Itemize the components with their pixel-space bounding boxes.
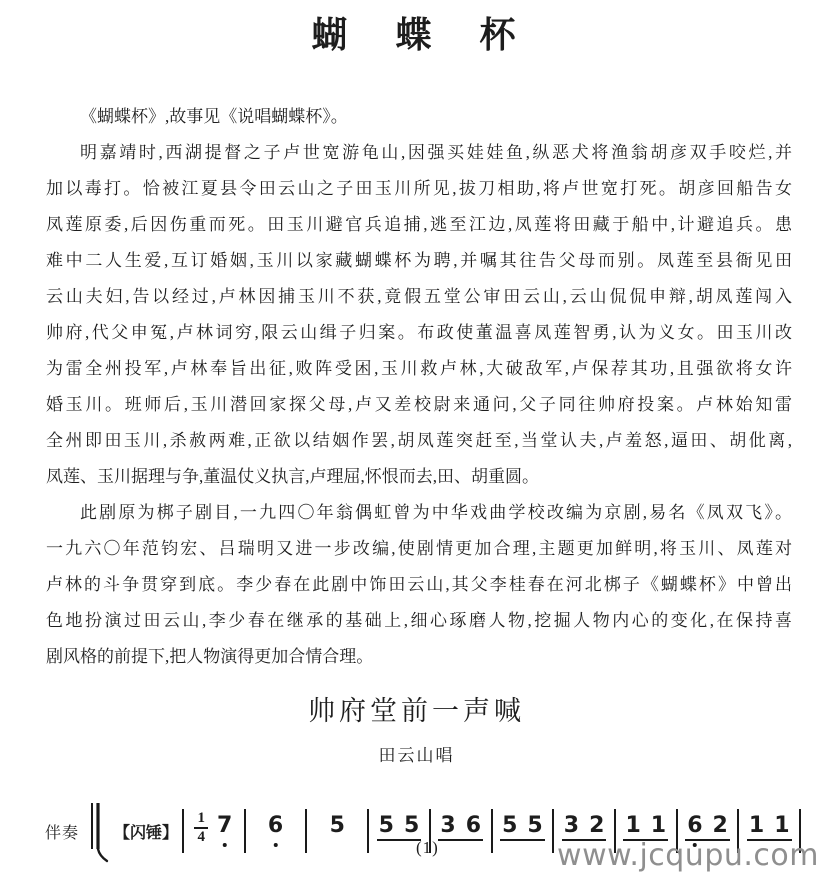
note: 3 [440,815,455,837]
note-group: 6 [267,815,284,841]
barline [182,809,184,853]
barline [491,809,493,853]
note: 6 [687,815,702,837]
time-signature: 14 [194,810,208,847]
note: 5 [527,815,542,837]
singer-label: 田云山唱 [0,741,833,766]
intro-line: 明嘉靖时,西湖提督之子卢世宽游龟山,因强买娃娃鱼,纵恶犬将渔翁胡彦双手咬烂,并 [46,135,792,171]
intro-line: 卢林的斗争贯穿到底。李少春在此剧中饰田云山,其父李桂春在河北梆子《蝴蝶杯》中曾出 [46,567,792,603]
watermark: www.jcqupu.com [557,838,819,873]
note-group: 36 [439,815,482,841]
intro-line: 《蝴蝶杯》,故事见《说唱蝴蝶杯》。 [46,99,792,135]
intro-line: 为雷全州投军,卢林奉旨出征,败阵受困,玉川救卢林,大破敌军,卢保荐其功,且强欲将… [46,351,792,387]
measure: 147 [186,810,242,853]
barline [367,809,369,853]
intro-line: 帅府,代父申冤,卢林词穷,限云山缉子归案。布政使董温喜凤莲智勇,认为义女。田玉川… [46,315,792,351]
measure: 6 [248,815,304,847]
note: 3 [564,815,579,837]
note: 2 [713,815,728,837]
note-group: 7 [216,815,233,841]
intro-line: 婚玉川。班师后,玉川潜回家探父母,卢又差校尉来通问,父子同往帅府投案。卢林始知雷 [46,387,792,423]
intro-line: 色地扮演过田云山,李少春在继承的基础上,细心琢磨人物,挖掘人物内心的变化,在保持… [46,603,792,639]
document-page: 蝴 蝶 杯 《蝴蝶杯》,故事见《说唱蝴蝶杯》。明嘉靖时,西湖提督之子卢世宽游龟山… [0,0,833,873]
note: 5 [379,815,394,837]
measure: 55 [495,815,551,847]
page-number: (1) [416,838,439,858]
note-group: 5 [329,815,346,841]
note: 1 [774,815,789,837]
page-title: 蝴 蝶 杯 [0,0,833,57]
intro-line: 云山夫妇,告以经过,卢林因捕玉川不获,竟假五堂公审田云山,云山侃侃申辩,胡凤莲闯… [46,279,792,315]
intro-line: 剧风格的前提下,把人物演得更加合情合理。 [46,639,792,675]
barline [244,809,246,853]
note: 5 [502,815,517,837]
intro-line: 凤莲、玉川据理与争,董温仗义执言,卢理屈,怀恨而去,田、胡重圆。 [46,459,792,495]
note: 6 [268,815,283,837]
part-label: 伴奏 [45,820,79,843]
note-group: 55 [378,815,421,841]
song-title: 帅府堂前一声喊 [0,689,833,728]
barline [552,809,554,853]
intro-line: 一九六〇年范钧宏、吕瑞明又进一步改编,使剧情更加合理,主题更加鲜明,将玉川、凤莲… [46,531,792,567]
intro-line: 此剧原为梆子剧目,一九四〇年翁偶虹曾为中华戏曲学校改编为京剧,易名《凤双飞》。 [46,495,792,531]
intro-line: 难中二人生爱,互订婚姻,玉川以家藏蝴蝶杯为聘,并嘱其往告父母而别。凤莲至县衙见田 [46,243,792,279]
note: 1 [651,815,666,837]
note: 2 [589,815,604,837]
note: 7 [217,815,232,837]
note: 6 [466,815,481,837]
measure: 36 [433,815,489,847]
barline [305,809,307,853]
intro-line: 加以毒打。恰被江夏县令田云山之子田玉川所见,拔刀相助,将卢世宽打死。胡彦回船告女 [46,171,792,207]
note: 5 [330,815,345,837]
system-bracket-icon [88,800,109,862]
intro-line: 全州即田玉川,杀赦两难,正欲以结姻作罢,胡凤莲突赶至,当堂认夫,卢羞怒,逼田、胡… [46,423,792,459]
note: 1 [749,815,764,837]
pattern-label: 【闪锤】 [114,820,178,843]
note-group: 55 [501,815,544,841]
note: 5 [404,815,419,837]
intro: 《蝴蝶杯》,故事见《说唱蝴蝶杯》。明嘉靖时,西湖提督之子卢世宽游龟山,因强买娃娃… [46,99,792,675]
note: 1 [625,815,640,837]
measure: 5 [309,815,365,847]
intro-line: 凤莲原委,后因伤重而死。田玉川避官兵追捕,逃至江边,凤莲将田藏于船中,计避追兵。… [46,207,792,243]
